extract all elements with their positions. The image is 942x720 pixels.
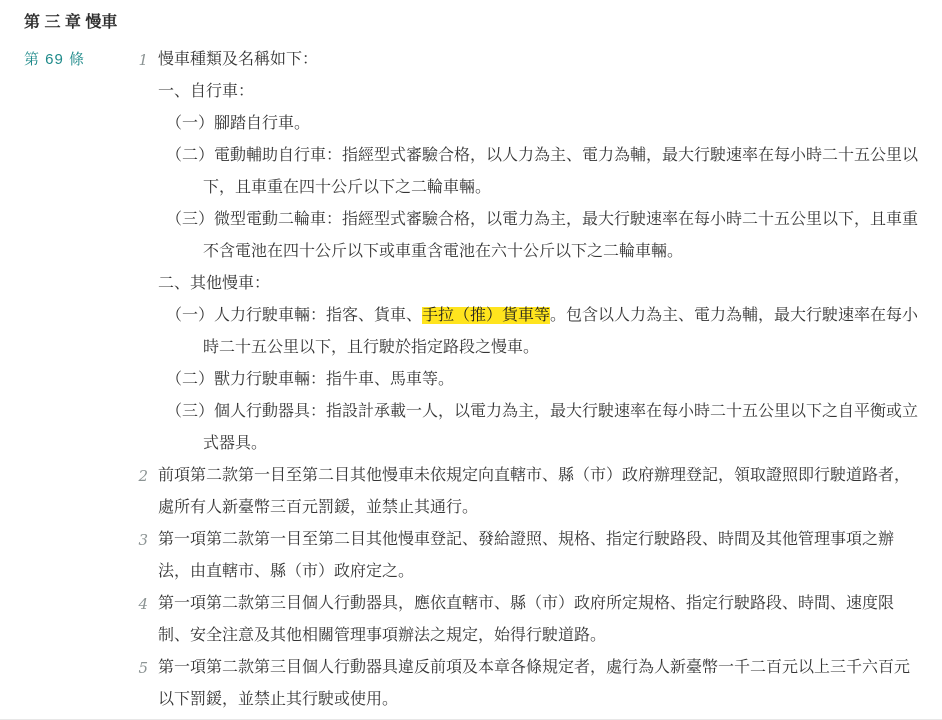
paragraph-2: 2 前項第二款第一目至第二目其他慢車未依規定向直轄市、縣（市）政府辦理登記，領取…	[128, 460, 920, 524]
highlighted-text: 手拉（推）貨車等	[422, 307, 550, 324]
item-2-sub-3: （三）個人行動器具：指設計承載一人，以電力為主，最大行駛速率在每小時二十五公里以…	[158, 396, 920, 460]
paragraph-1: 1 慢車種類及名稱如下： 一、自行車： （一）腳踏自行車。 （二）電動輔助自行車…	[128, 44, 920, 460]
paragraph-5-body: 第一項第二款第三目個人行動器具違反前項及本章各條規定者，處行為人新臺幣一千二百元…	[158, 652, 920, 716]
paragraph-2-body: 前項第二款第一目至第二目其他慢車未依規定向直轄市、縣（市）政府辦理登記，領取證照…	[158, 460, 920, 524]
item-1-sub-3: （三）微型電動二輪車：指經型式審驗合格，以電力為主，最大行駛速率在每小時二十五公…	[158, 204, 920, 268]
item-2-header: 二、其他慢車：	[158, 268, 920, 300]
item-2-sub-1: （一）人力行駛車輛：指客、貨車、手拉（推）貨車等。包含以人力為主、電力為輔，最大…	[158, 300, 920, 364]
item-2-sub-2: （二）獸力行駛車輛：指牛車、馬車等。	[158, 364, 920, 396]
paragraph-3-body: 第一項第二款第一目至第二目其他慢車登記、發給證照、規格、指定行駛路段、時間及其他…	[158, 524, 920, 588]
paragraph-2-number: 2	[128, 460, 148, 492]
paragraph-1-number: 1	[128, 44, 148, 76]
item-1-header: 一、自行車：	[158, 76, 920, 108]
paragraph-4-number: 4	[128, 588, 148, 620]
paragraph-4: 4 第一項第二款第三目個人行動器具，應依直轄市、縣（市）政府所定規格、指定行駛路…	[128, 588, 920, 652]
item-1-sub-2: （二）電動輔助自行車：指經型式審驗合格，以人力為主、電力為輔，最大行駛速率在每小…	[158, 140, 920, 204]
item-1-sub-1: （一）腳踏自行車。	[158, 108, 920, 140]
paragraph-1-intro: 慢車種類及名稱如下：	[158, 44, 920, 76]
paragraph-5: 5 第一項第二款第三目個人行動器具違反前項及本章各條規定者，處行為人新臺幣一千二…	[128, 652, 920, 716]
law-article-page: 第 三 章 慢車 第 69 條 1 慢車種類及名稱如下： 一、自行車： （一）腳…	[0, 0, 942, 720]
paragraph-1-body: 慢車種類及名稱如下： 一、自行車： （一）腳踏自行車。 （二）電動輔助自行車：指…	[158, 44, 920, 460]
article-row: 第 69 條 1 慢車種類及名稱如下： 一、自行車： （一）腳踏自行車。 （二）…	[24, 44, 942, 716]
paragraph-3: 3 第一項第二款第一目至第二目其他慢車登記、發給證照、規格、指定行駛路段、時間及…	[128, 524, 920, 588]
chapter-heading: 第 三 章 慢車	[24, 12, 942, 34]
paragraph-5-number: 5	[128, 652, 148, 684]
article-number-link[interactable]: 第 69 條	[24, 44, 128, 76]
article-paragraphs: 1 慢車種類及名稱如下： 一、自行車： （一）腳踏自行車。 （二）電動輔助自行車…	[128, 44, 920, 716]
paragraph-3-number: 3	[128, 524, 148, 556]
paragraph-4-body: 第一項第二款第三目個人行動器具，應依直轄市、縣（市）政府所定規格、指定行駛路段、…	[158, 588, 920, 652]
text-before-highlight: （一）人力行駛車輛：指客、貨車、	[166, 307, 422, 324]
